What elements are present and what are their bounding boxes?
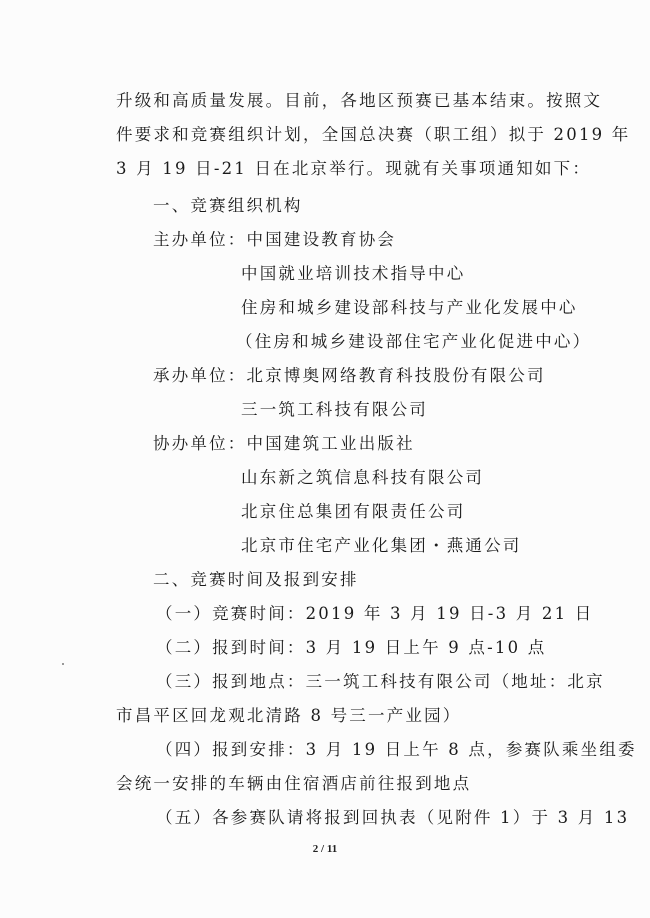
host-unit-item: 住房和城乡建设部科技与产业化发展中心 — [241, 298, 578, 318]
scan-speck — [62, 663, 64, 665]
co-organizer-unit-item: 北京住总集团有限责任公司 — [241, 502, 465, 522]
schedule-item-competition-time: （一）竞赛时间：2019 年 3 月 19 日-3 月 21 日 — [156, 604, 593, 624]
co-organizer-unit-item: 山东新之筑信息科技有限公司 — [241, 468, 484, 488]
co-organizer-unit-item: 北京市住宅产业化集团・燕通公司 — [241, 536, 522, 556]
section-heading-schedule: 二、竞赛时间及报到安排 — [153, 570, 359, 590]
paragraph-line: 3 月 19 日-21 日在北京举行。现就有关事项通知如下： — [116, 159, 591, 179]
host-unit-item: 中国就业培训技术指导中心 — [241, 264, 465, 284]
host-units-line: 主办单位：中国建设教育协会 — [153, 230, 396, 250]
document-page: 升级和高质量发展。目前，各地区预赛已基本结束。按照文 件要求和竞赛组织计划，全国… — [0, 0, 650, 918]
schedule-item-registration-arrangement: （四）报到安排：3 月 19 日上午 8 点，参赛队乘坐组委 — [156, 740, 570, 760]
schedule-item-registration-time: （二）报到时间：3 月 19 日上午 9 点-10 点 — [156, 638, 546, 658]
organizer-units-line: 承办单位：北京博奥网络教育科技股份有限公司 — [153, 366, 546, 386]
paragraph-line: 件要求和竞赛组织计划，全国总决赛（职工组）拟于 2019 年 — [116, 125, 570, 145]
organizer-unit-item: 三一筑工科技有限公司 — [241, 400, 428, 420]
paragraph-line: 市昌平区回龙观北清路 8 号三一产业园） — [116, 706, 462, 726]
host-unit-item: （住房和城乡建设部住宅产业化促进中心） — [236, 332, 591, 352]
paragraph-line: 升级和高质量发展。目前，各地区预赛已基本结束。按照文 — [116, 91, 570, 111]
co-organizer-units-line: 协办单位：中国建筑工业出版社 — [153, 434, 415, 454]
schedule-item-registration-place: （三）报到地点：三一筑工科技有限公司（地址：北京 — [156, 672, 570, 692]
paragraph-line: 会统一安排的车辆由住宿酒店前往报到地点 — [116, 774, 471, 794]
section-heading-organization: 一、竞赛组织机构 — [153, 196, 303, 216]
schedule-item-receipt-form: （五）各参赛队请将报到回执表（见附件 1）于 3 月 13 — [156, 808, 570, 828]
page-number: 2 / 11 — [0, 843, 650, 855]
